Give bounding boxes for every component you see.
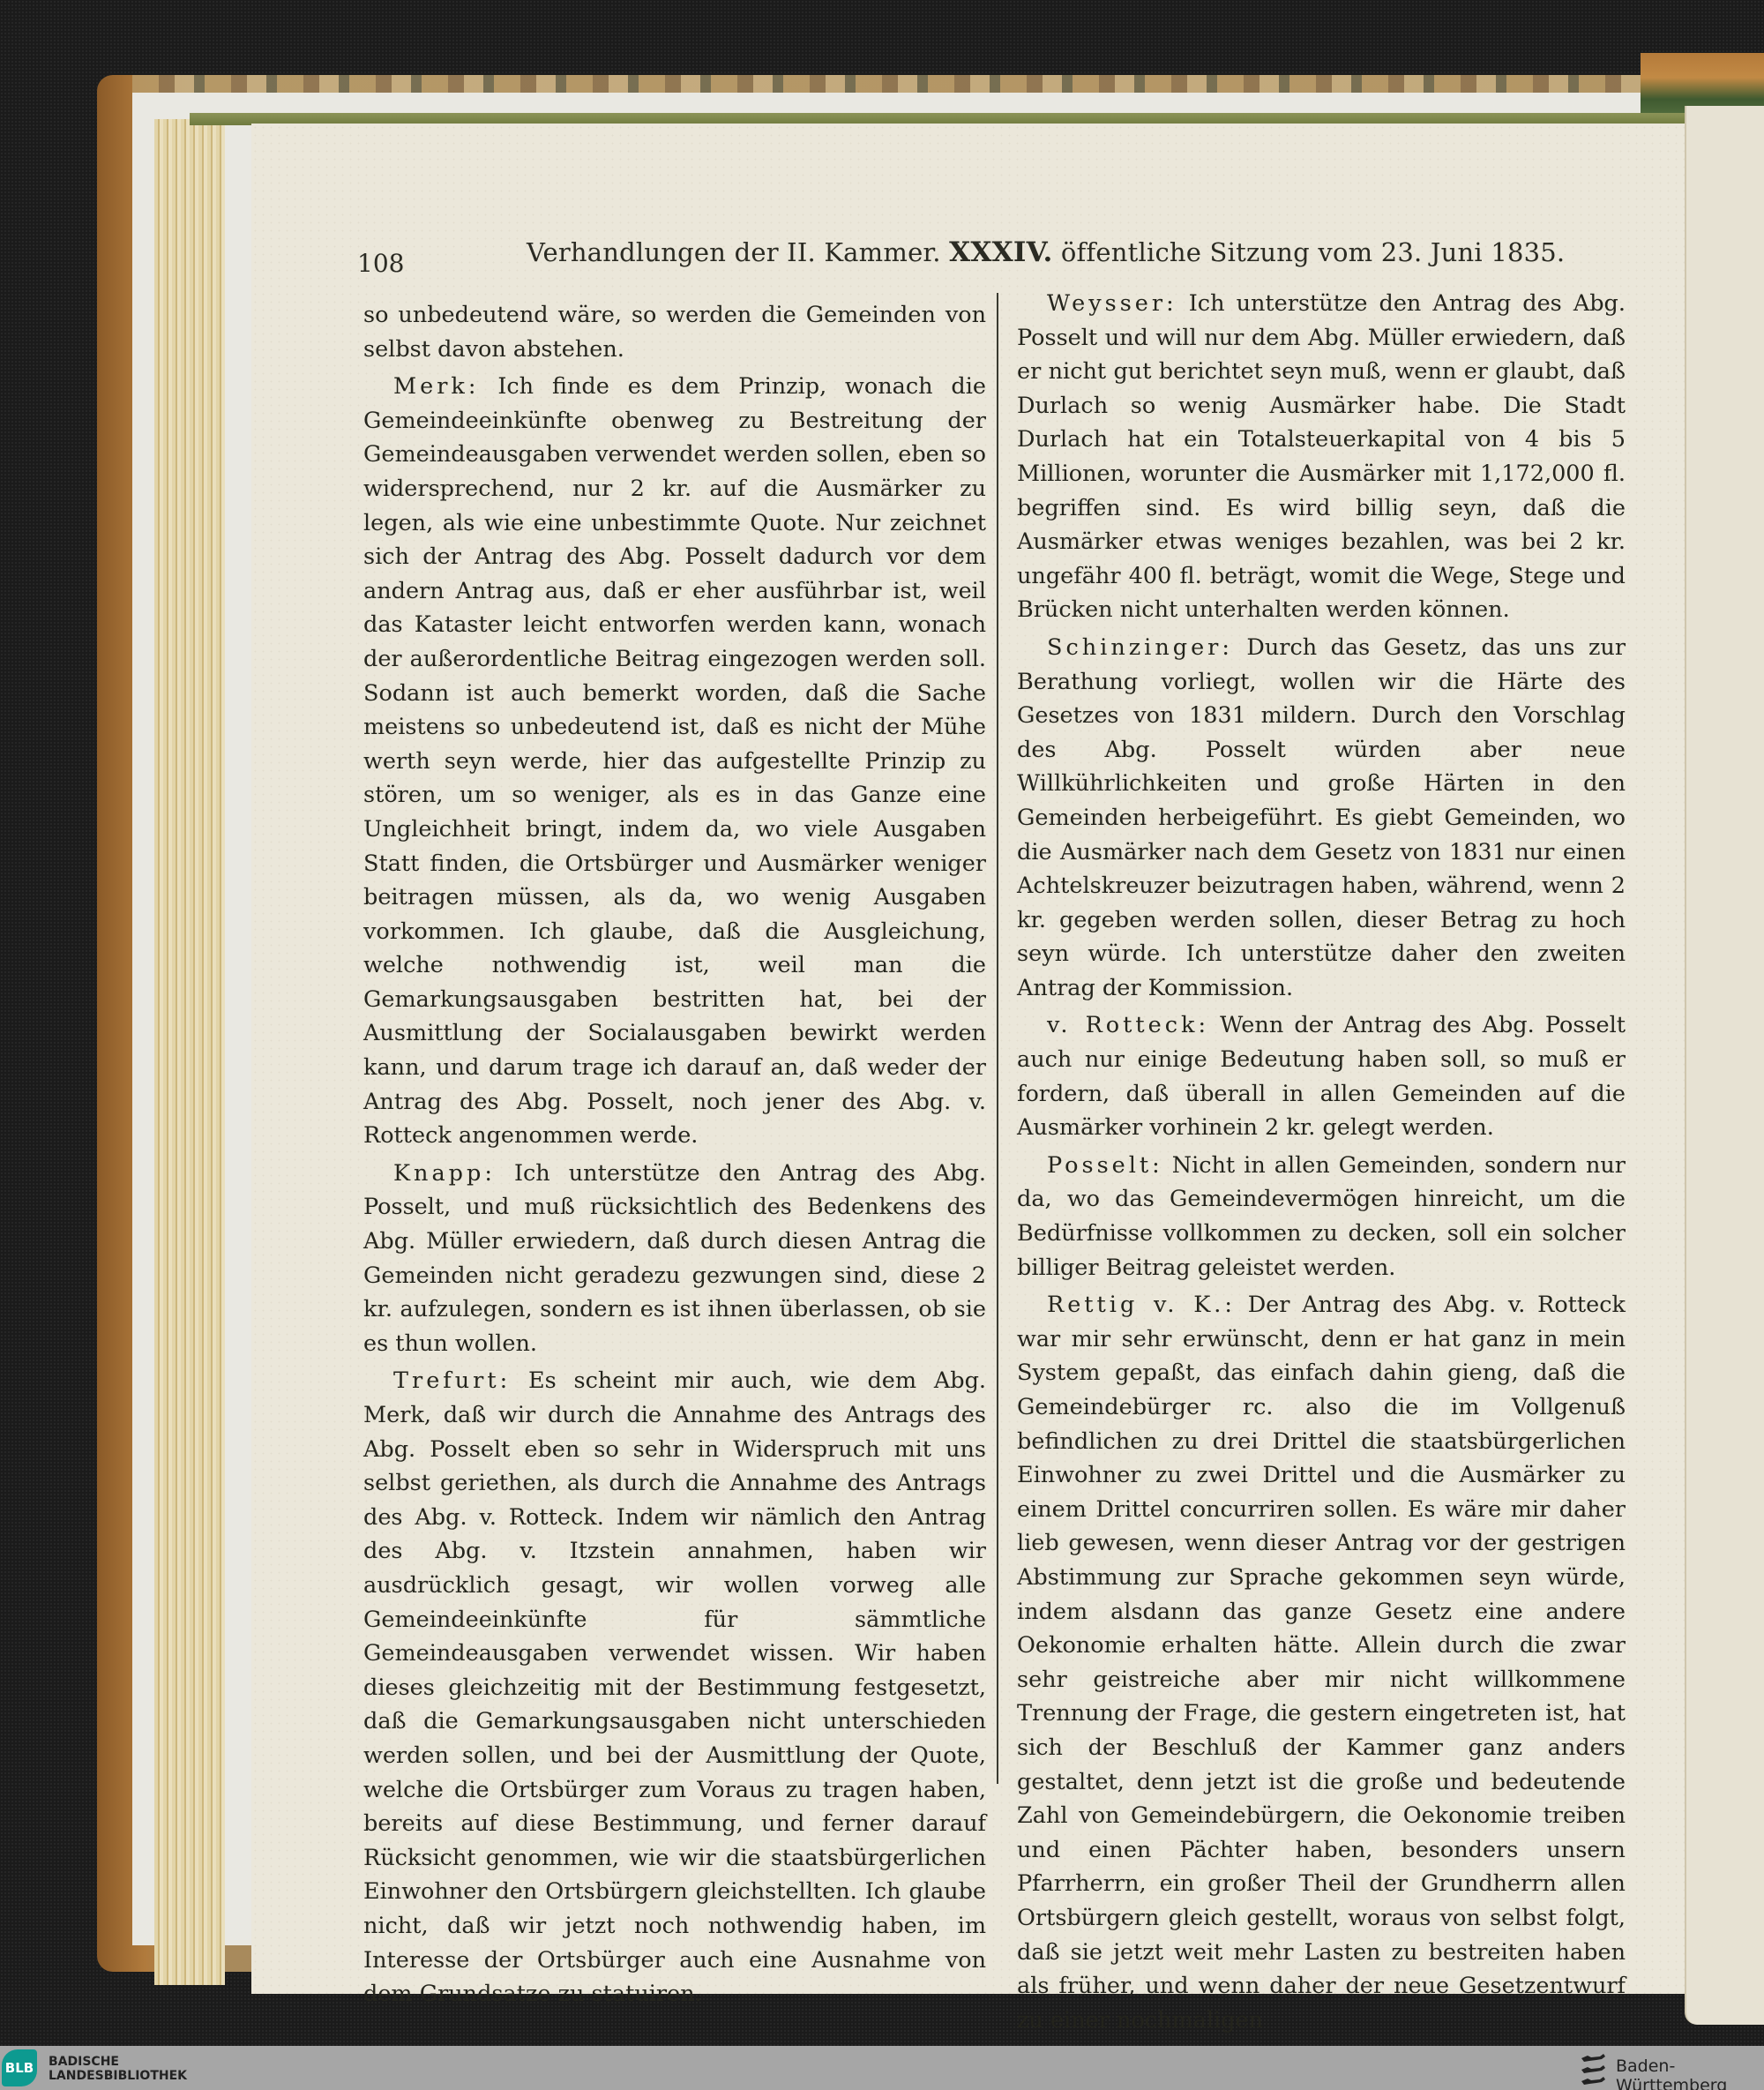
- paragraph: so unbedeutend wäre, so werden die Gemei…: [363, 298, 986, 366]
- page-stack-edge: [154, 119, 225, 1985]
- state-name[interactable]: Baden-Württemberg: [1616, 2056, 1764, 2090]
- page-number: 108: [357, 249, 404, 278]
- speaker-name: Rettig v. K.:: [1047, 1292, 1236, 1318]
- library-name-line2: LANDESBIBLIOTHEK: [49, 2069, 187, 2083]
- paragraph: Weysser: Ich unterstütze den Antrag des …: [1017, 287, 1626, 627]
- paragraph-text: Der Antrag des Abg. v. Rotteck war mir s…: [1017, 1292, 1626, 2033]
- column-divider: [997, 293, 998, 1784]
- right-column: Weysser: Ich unterstütze den Antrag des …: [1017, 287, 1626, 2041]
- blb-logo-icon[interactable]: BLB: [2, 2049, 37, 2086]
- paragraph: Schinzinger: Durch das Gesetz, das uns z…: [1017, 631, 1626, 1006]
- three-lions-coat-of-arms-icon[interactable]: [1579, 2051, 1607, 2086]
- running-head-prefix: Verhandlungen der II. Kammer.: [527, 237, 941, 267]
- paragraph-text: Ich unterstütze den Antrag des Abg. Poss…: [363, 1160, 986, 1357]
- library-name[interactable]: BADISCHE LANDESBIBLIOTHEK: [49, 2055, 187, 2083]
- library-name-line1: BADISCHE: [49, 2055, 187, 2069]
- paragraph-text: Durch das Gesetz, das uns zur Berathung …: [1017, 634, 1626, 1001]
- facing-page-edge: [1685, 106, 1764, 2025]
- paragraph: Merk: Ich finde es dem Prinzip, wonach d…: [363, 370, 986, 1153]
- paragraph: Rettig v. K.: Der Antrag des Abg. v. Rot…: [1017, 1288, 1626, 2037]
- running-head-session: XXXIV.: [949, 236, 1052, 268]
- speaker-name: Weysser:: [1047, 290, 1177, 317]
- speaker-name: Merk:: [393, 373, 479, 400]
- paragraph-text: so unbedeutend wäre, so werden die Gemei…: [363, 302, 986, 363]
- paragraph: Trefurt: Es scheint mir auch, wie dem Ab…: [363, 1364, 986, 2011]
- speaker-name: Schinzinger:: [1047, 634, 1233, 661]
- running-head-suffix: öffentliche Sitzung vom 23. Juni 1835.: [1061, 237, 1565, 267]
- scan-viewer: 108 Verhandlungen der II. Kammer. XXXIV.…: [0, 0, 1764, 2047]
- paragraph-text: Es scheint mir auch, wie dem Abg. Merk, …: [363, 1367, 986, 2007]
- paragraph-text: Ich unterstütze den Antrag des Abg. Poss…: [1017, 290, 1626, 623]
- footer-bar: BLB BADISCHE LANDESBIBLIOTHEK Baden-Würt…: [0, 2046, 1764, 2090]
- speaker-name: Knapp:: [393, 1160, 496, 1187]
- paragraph-text: Ich finde es dem Prinzip, wonach die Gem…: [363, 373, 986, 1149]
- running-head: Verhandlungen der II. Kammer. XXXIV. öff…: [527, 236, 1565, 268]
- paragraph: Knapp: Ich unterstütze den Antrag des Ab…: [363, 1157, 986, 1361]
- left-column: so unbedeutend wäre, so werden die Gemei…: [363, 298, 986, 2015]
- speaker-name: v. Rotteck:: [1047, 1012, 1209, 1038]
- paragraph: v. Rotteck: Wenn der Antrag des Abg. Pos…: [1017, 1008, 1626, 1144]
- speaker-name: Trefurt:: [393, 1367, 511, 1394]
- speaker-name: Posselt:: [1047, 1152, 1163, 1179]
- paragraph: Posselt: Nicht in allen Gemeinden, sonde…: [1017, 1149, 1626, 1285]
